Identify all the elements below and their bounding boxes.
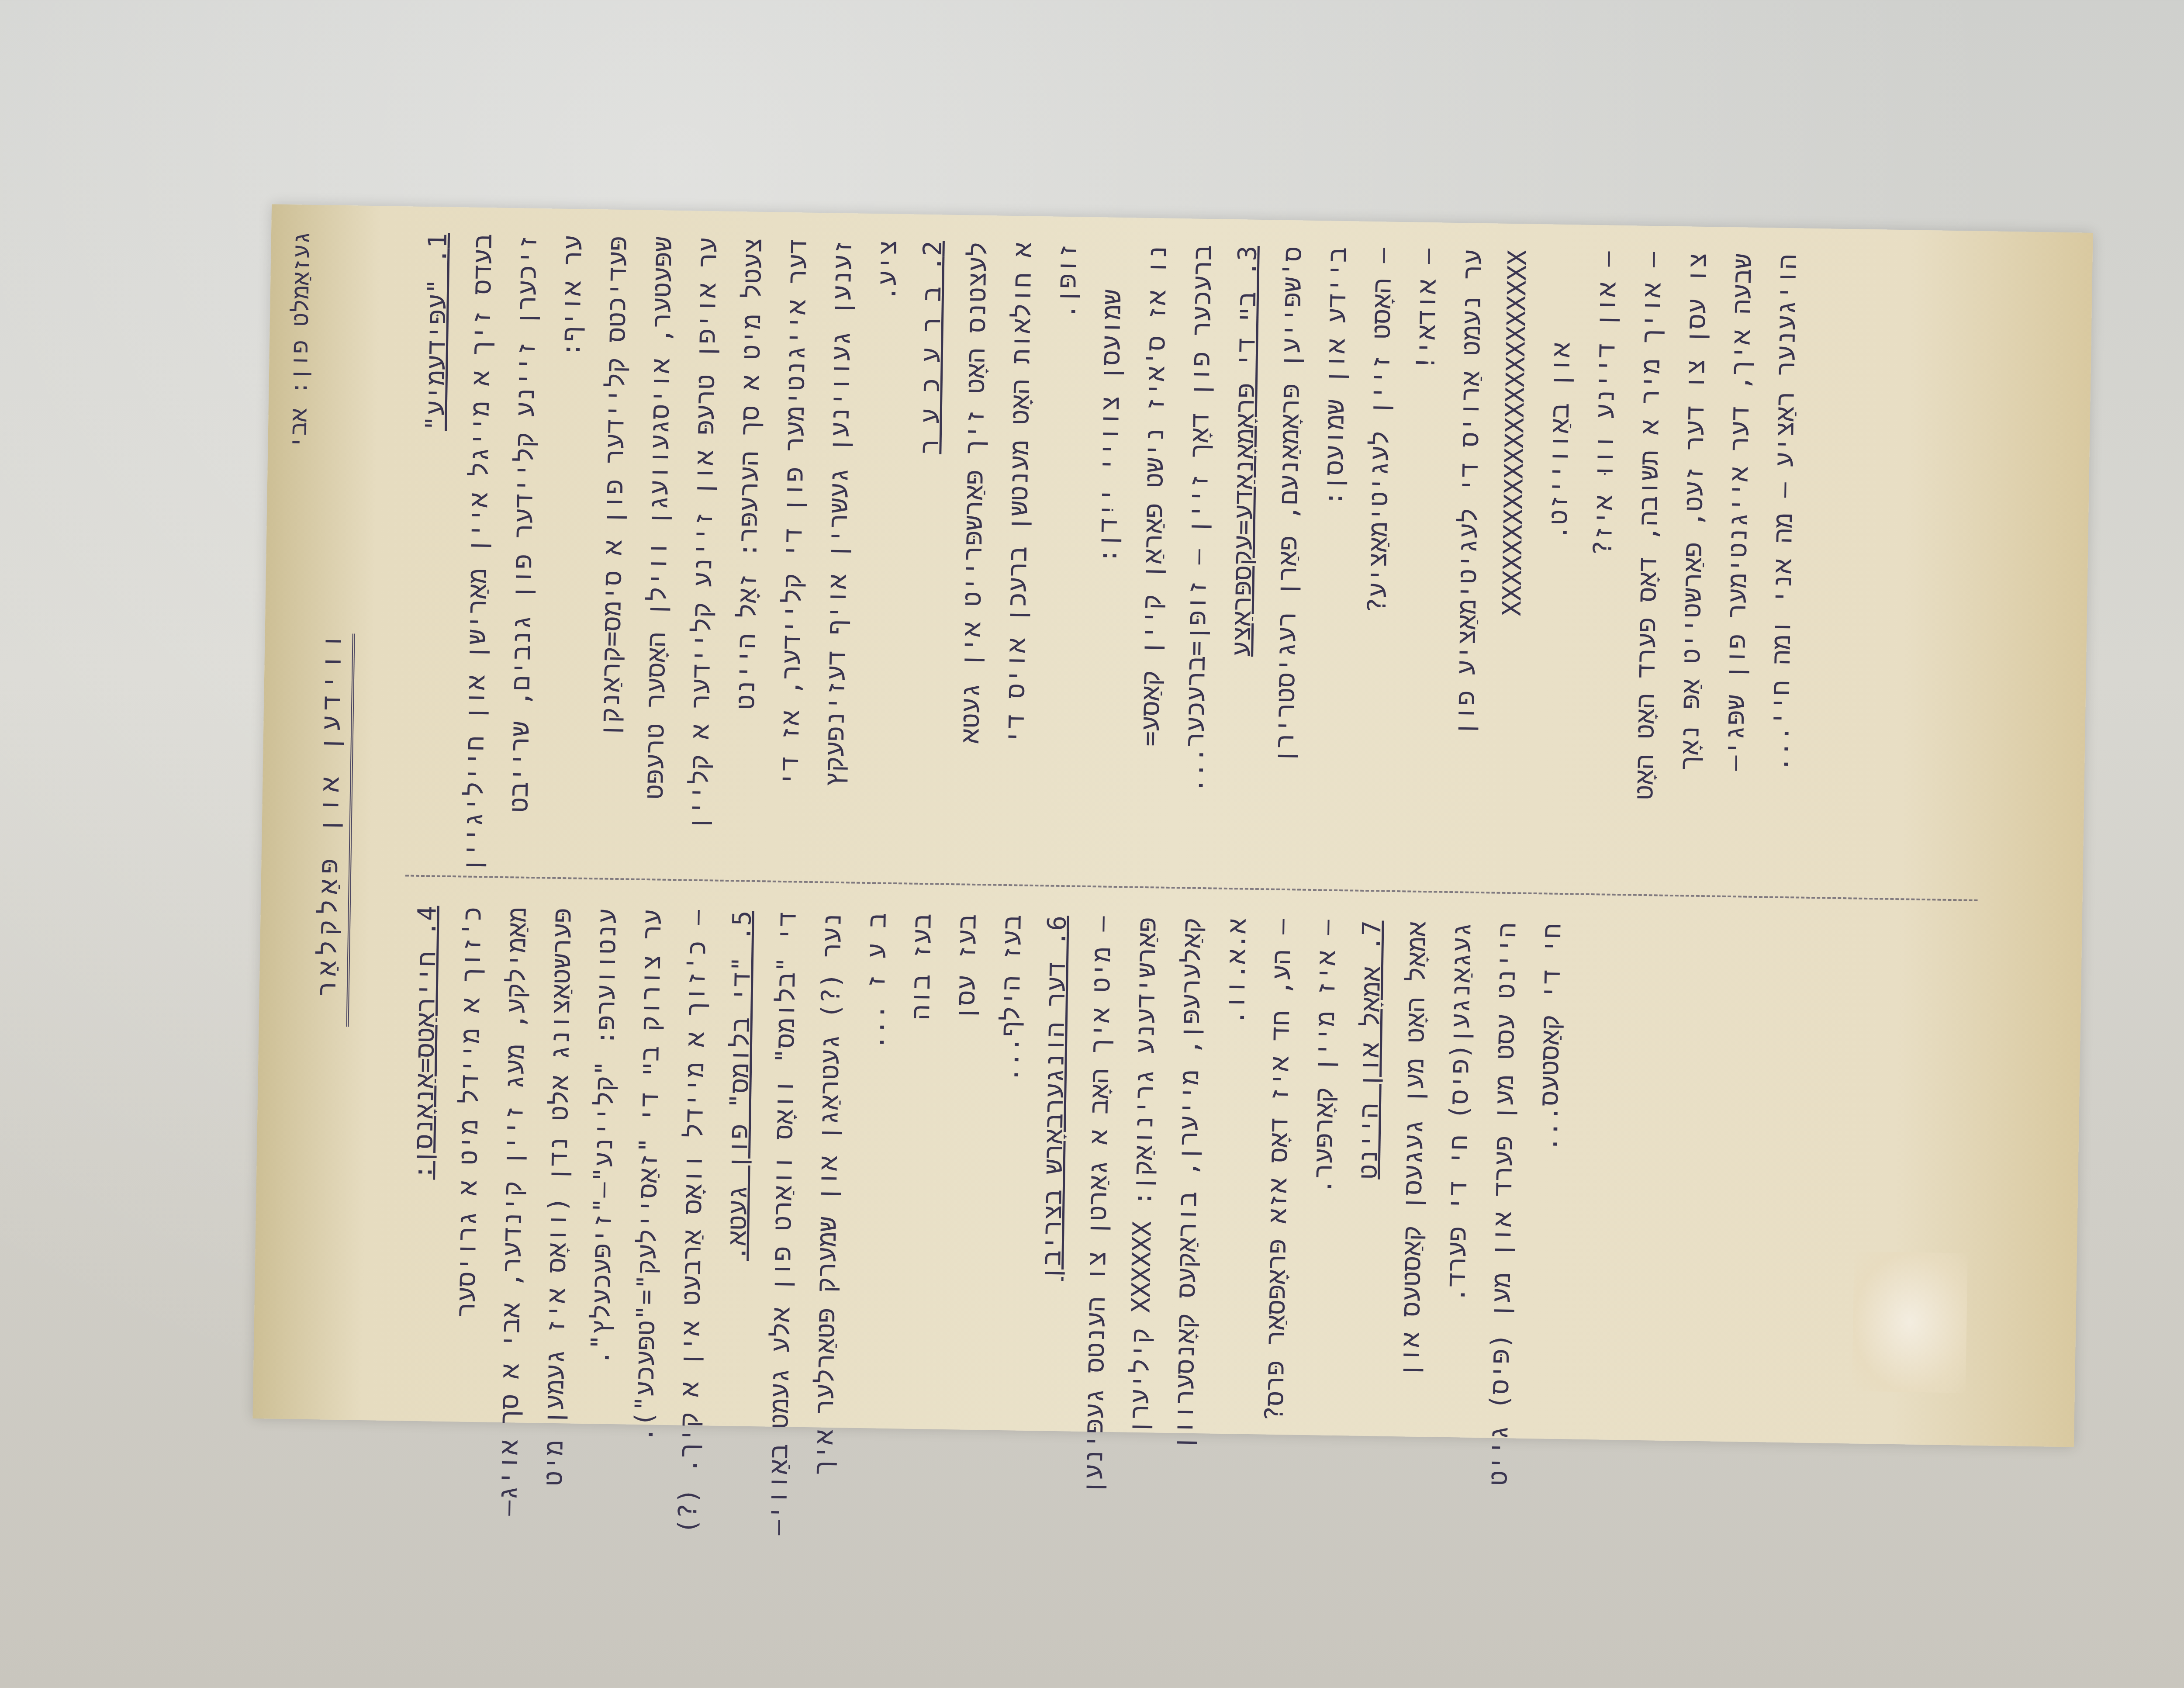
text-line: געגאַנגען(פיס) חי די פערד. bbox=[1432, 922, 1485, 1425]
section-heading: 4. חייראַטס=אַנאָנסן: bbox=[397, 905, 450, 1408]
text-line: — מיט איך האָב א גאַרטן צו הענטס געפּינע… bbox=[1072, 916, 1125, 1419]
section-heading: 5. "די בלומס" פון געטא. bbox=[712, 910, 765, 1413]
text-line: כ'זוך א מיידל מיט א גרויסער bbox=[442, 906, 495, 1409]
typed-document-page: געזאַמלט פון: אבי ווידען און פּאַלקלאַר … bbox=[252, 204, 2093, 1447]
text-line: א.א.וו. bbox=[1207, 918, 1260, 1421]
text-line: בעז עסן bbox=[937, 914, 990, 1417]
text-line: מאַמילקע, מעג זיין קינדער, אבי א סך אויג… bbox=[487, 907, 540, 1410]
text-line: — הע, חד איז דאָס אזא פּראָפּסאַר פּרס? bbox=[1252, 919, 1305, 1422]
text-line: ער צורוק בײ די "זאַסיילעק"="טפּעכע"). bbox=[622, 909, 675, 1411]
text-line: בעז בוה bbox=[892, 913, 945, 1416]
left-column: 4. חייראַטס=אַנאָנסן:כ'זוך א מיידל מיט א… bbox=[397, 905, 1575, 1426]
text-line: קאַלערעפּן, מייערן, בוראַקעס קאָנסערוון bbox=[1162, 917, 1215, 1420]
document-title: ווידען און פּאַלקלאַר bbox=[307, 318, 353, 1306]
section-heading: 7. אמאָל און היינט bbox=[1342, 920, 1395, 1423]
text-line: ענטווערפּ: "קליינע"—"זיפּעכעלץ". bbox=[577, 908, 630, 1411]
right-column: 1. "עפּידעמיע"בעדס זיך א מייגל איין מאַר… bbox=[405, 233, 1810, 910]
text-line: — איז מיין קאָרפּער. bbox=[1297, 920, 1350, 1422]
text-line: חי די קאַסטעס... bbox=[1522, 923, 1575, 1426]
section-heading: 6. דער הונגערבאָרש בצריבן bbox=[1027, 915, 1080, 1418]
text-line: — כ'זוך א מיידל וואָס אַרבעט אין א קיך. … bbox=[667, 910, 720, 1412]
text-line: ב ע ז ... bbox=[847, 913, 900, 1415]
author-line: געזאַמלט פון: אבי bbox=[285, 231, 316, 450]
text-line: נער (?) געטראַגן און שמערק פּטאַרלער איך bbox=[802, 912, 855, 1415]
text-line: היינט עסט מען פערד און מען (פּיס) גייט bbox=[1477, 922, 1530, 1425]
text-line: אמאָל האָט מען געגעסן קאַסטעס און bbox=[1387, 921, 1440, 1424]
text-line: די "בלומס" וואָס וואַרט פון אלע געמט באַ… bbox=[757, 911, 810, 1414]
text-line: פּערשטאַצונג אלט נדן (וואָס איז געמען מי… bbox=[532, 907, 585, 1410]
text-line: פּאַרשידענע גרינואַקן: XXXXXX קיליערן bbox=[1117, 917, 1170, 1419]
text-line: בעז הילף... bbox=[982, 914, 1035, 1417]
